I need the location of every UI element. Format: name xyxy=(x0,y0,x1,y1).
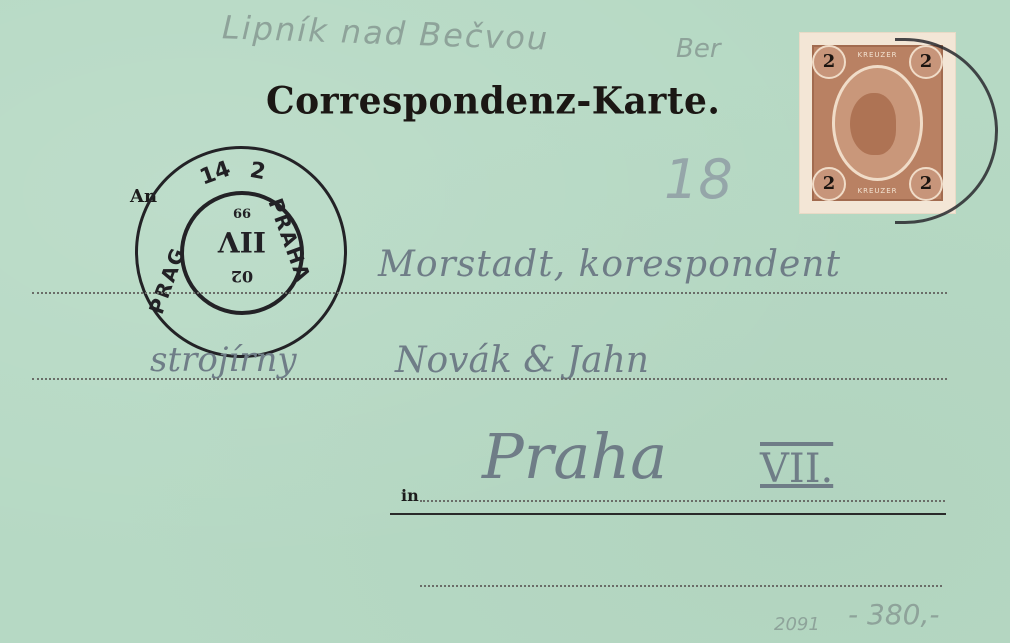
postmark-hour: 66 xyxy=(184,207,300,222)
city-dotted-line xyxy=(420,500,945,502)
cancellation-mark xyxy=(895,38,998,224)
postcard: Lipník nad Bečvou Ber Correspondenz-Kart… xyxy=(0,0,1010,643)
address-dotted-line-4 xyxy=(420,585,942,587)
postmark: 14 2 PRAHA PRAG 66 IIV 02 xyxy=(135,146,347,358)
stamp-value-bl: 2 xyxy=(812,167,846,201)
postmark-month: IIV xyxy=(184,225,300,258)
stamp-value-tl: 2 xyxy=(812,45,846,79)
emperor-portrait-icon xyxy=(850,93,896,155)
address-district: VII. xyxy=(760,446,833,492)
city-underline xyxy=(390,513,946,515)
address-line-1: Morstadt, korespondent xyxy=(378,244,841,285)
in-label: in xyxy=(401,486,419,505)
address-city: Praha xyxy=(482,420,667,493)
address-line-2-prefix: strojírny xyxy=(150,340,297,380)
card-title: Correspondenz-Karte. xyxy=(266,79,720,123)
pencil-note-price: - 380,- xyxy=(848,598,939,631)
pencil-note-location: Lipník nad Bečvou xyxy=(221,8,549,57)
postmark-year: 02 xyxy=(184,267,300,286)
postmark-number-right: 2 xyxy=(248,158,267,185)
pencil-note-number: 18 xyxy=(664,148,733,211)
pencil-note-ref: 2091 xyxy=(774,614,820,635)
address-dotted-line-1 xyxy=(32,292,947,294)
pencil-note-suffix: Ber xyxy=(676,34,721,64)
postmark-number: 14 xyxy=(197,157,234,191)
address-line-2: Novák & Jahn xyxy=(395,340,649,381)
address-dotted-line-2 xyxy=(32,378,947,380)
